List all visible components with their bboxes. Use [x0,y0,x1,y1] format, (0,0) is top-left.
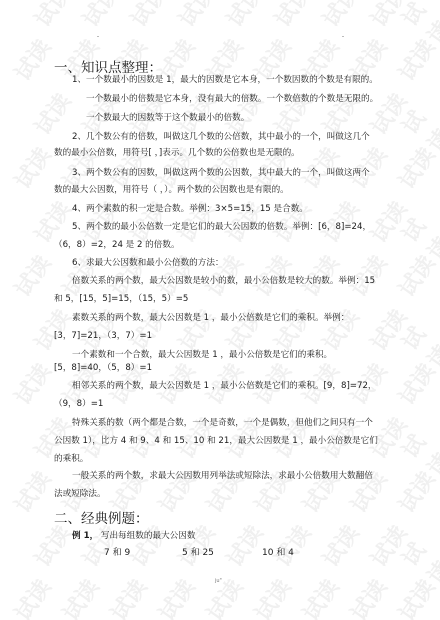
text-line: 一个素数和一个合数，最大公因数是 1 ，最小公倍数是它们的乘积。 [72,349,332,361]
text-line: 3、两个数公有的因数，叫做这两个数的公因数，其中最大的一个，叫做这两个 [72,167,370,179]
document-page: 一、知识点整理： 1、一个数最小的因数是 1，最大的因数是它本身，一个数因数的个… [0,0,440,620]
text-line: 法或短除法。 [54,488,106,500]
text-line: 6、求最大公因数和最小公倍数的方法： [72,257,224,269]
example-pair: 5 和 25 [182,547,214,559]
text-line: 数的最小公倍数，用符号[ ，]表示。几个数的公倍数也是无限的。 [54,147,300,159]
section-title-knowledge: 一、知识点整理： [54,56,162,76]
text-line: 一个数最小的倍数是它本身，没有最大的倍数。一个数倍数的个数是无限的。 [86,93,378,105]
text-line: （6，8）=2，24 是 2 的倍数。 [54,239,180,251]
text-line: 5、两个数的最小公倍数一定是它们的最大公因数的倍数。举例：[6，8]=24， [72,221,371,233]
example-1-header: 例 1， 写出每组数的最大公因数 [72,530,195,542]
text-line: 一般关系的两个数，求最大公因数用列举法或短除法，求最小公倍数用大数翻倍 [72,470,373,482]
text-line: 素数关系的两个数，最大公因数是 1 ，最小公倍数是它们的乘积。举例： [72,312,349,324]
example-pair: 7 和 9 [104,547,130,559]
page-footer-mark: ju" [215,578,222,584]
text-line: 特殊关系的数（两个都是合数，一个是奇数，一个是偶数，但他们之间只有一个 [72,417,373,429]
text-line: 4、两个素数的积一定是合数。举例：3×5=15，15 是合数。 [72,203,308,215]
text-line: 和 5，[15，5]=15，（15，5）=5 [54,293,188,305]
example-prompt: 写出每组数的最大公因数 [101,531,196,541]
text-line: 数的最大公因数，用符号（ ，）。两个数的公因数也是有限的。 [54,184,289,196]
text-line: 1、一个数最小的因数是 1，最大的因数是它本身，一个数因数的个数是有限的。 [72,74,378,86]
text-line: （9，8）=1 [54,398,103,410]
text-line: [3，7]=21，（3，7）=1 [54,330,152,342]
text-line: 2、几个数公有的倍数，叫做这几个数的公倍数，其中最小的一个，叫做这几个 [72,131,370,143]
example-label: 例 1， [72,531,98,541]
section-title-examples: 二、经典例题： [54,507,149,527]
text-line: 相邻关系的两个数，最大公因数是 1 ，最小公倍数是它们的乘积。[9，8]=72， [72,380,377,392]
text-line: 一个数最大的因数等于这个数最小的倍数。 [86,112,249,124]
header-mark [97,36,99,37]
text-line: 的乘积。 [54,453,88,465]
header-mark [342,36,344,37]
example-pair: 10 和 4 [262,547,294,559]
text-line: 倍数关系的两个数，最大公因数是较小的数，最小公倍数是较大的数。举例：15 [72,275,375,287]
text-line: [5，8]=40，（5，8）=1 [54,362,152,374]
text-line: 公因数 1），比方 4 和 9、4 和 15、10 和 21，最大公因数是 1 … [54,435,378,447]
